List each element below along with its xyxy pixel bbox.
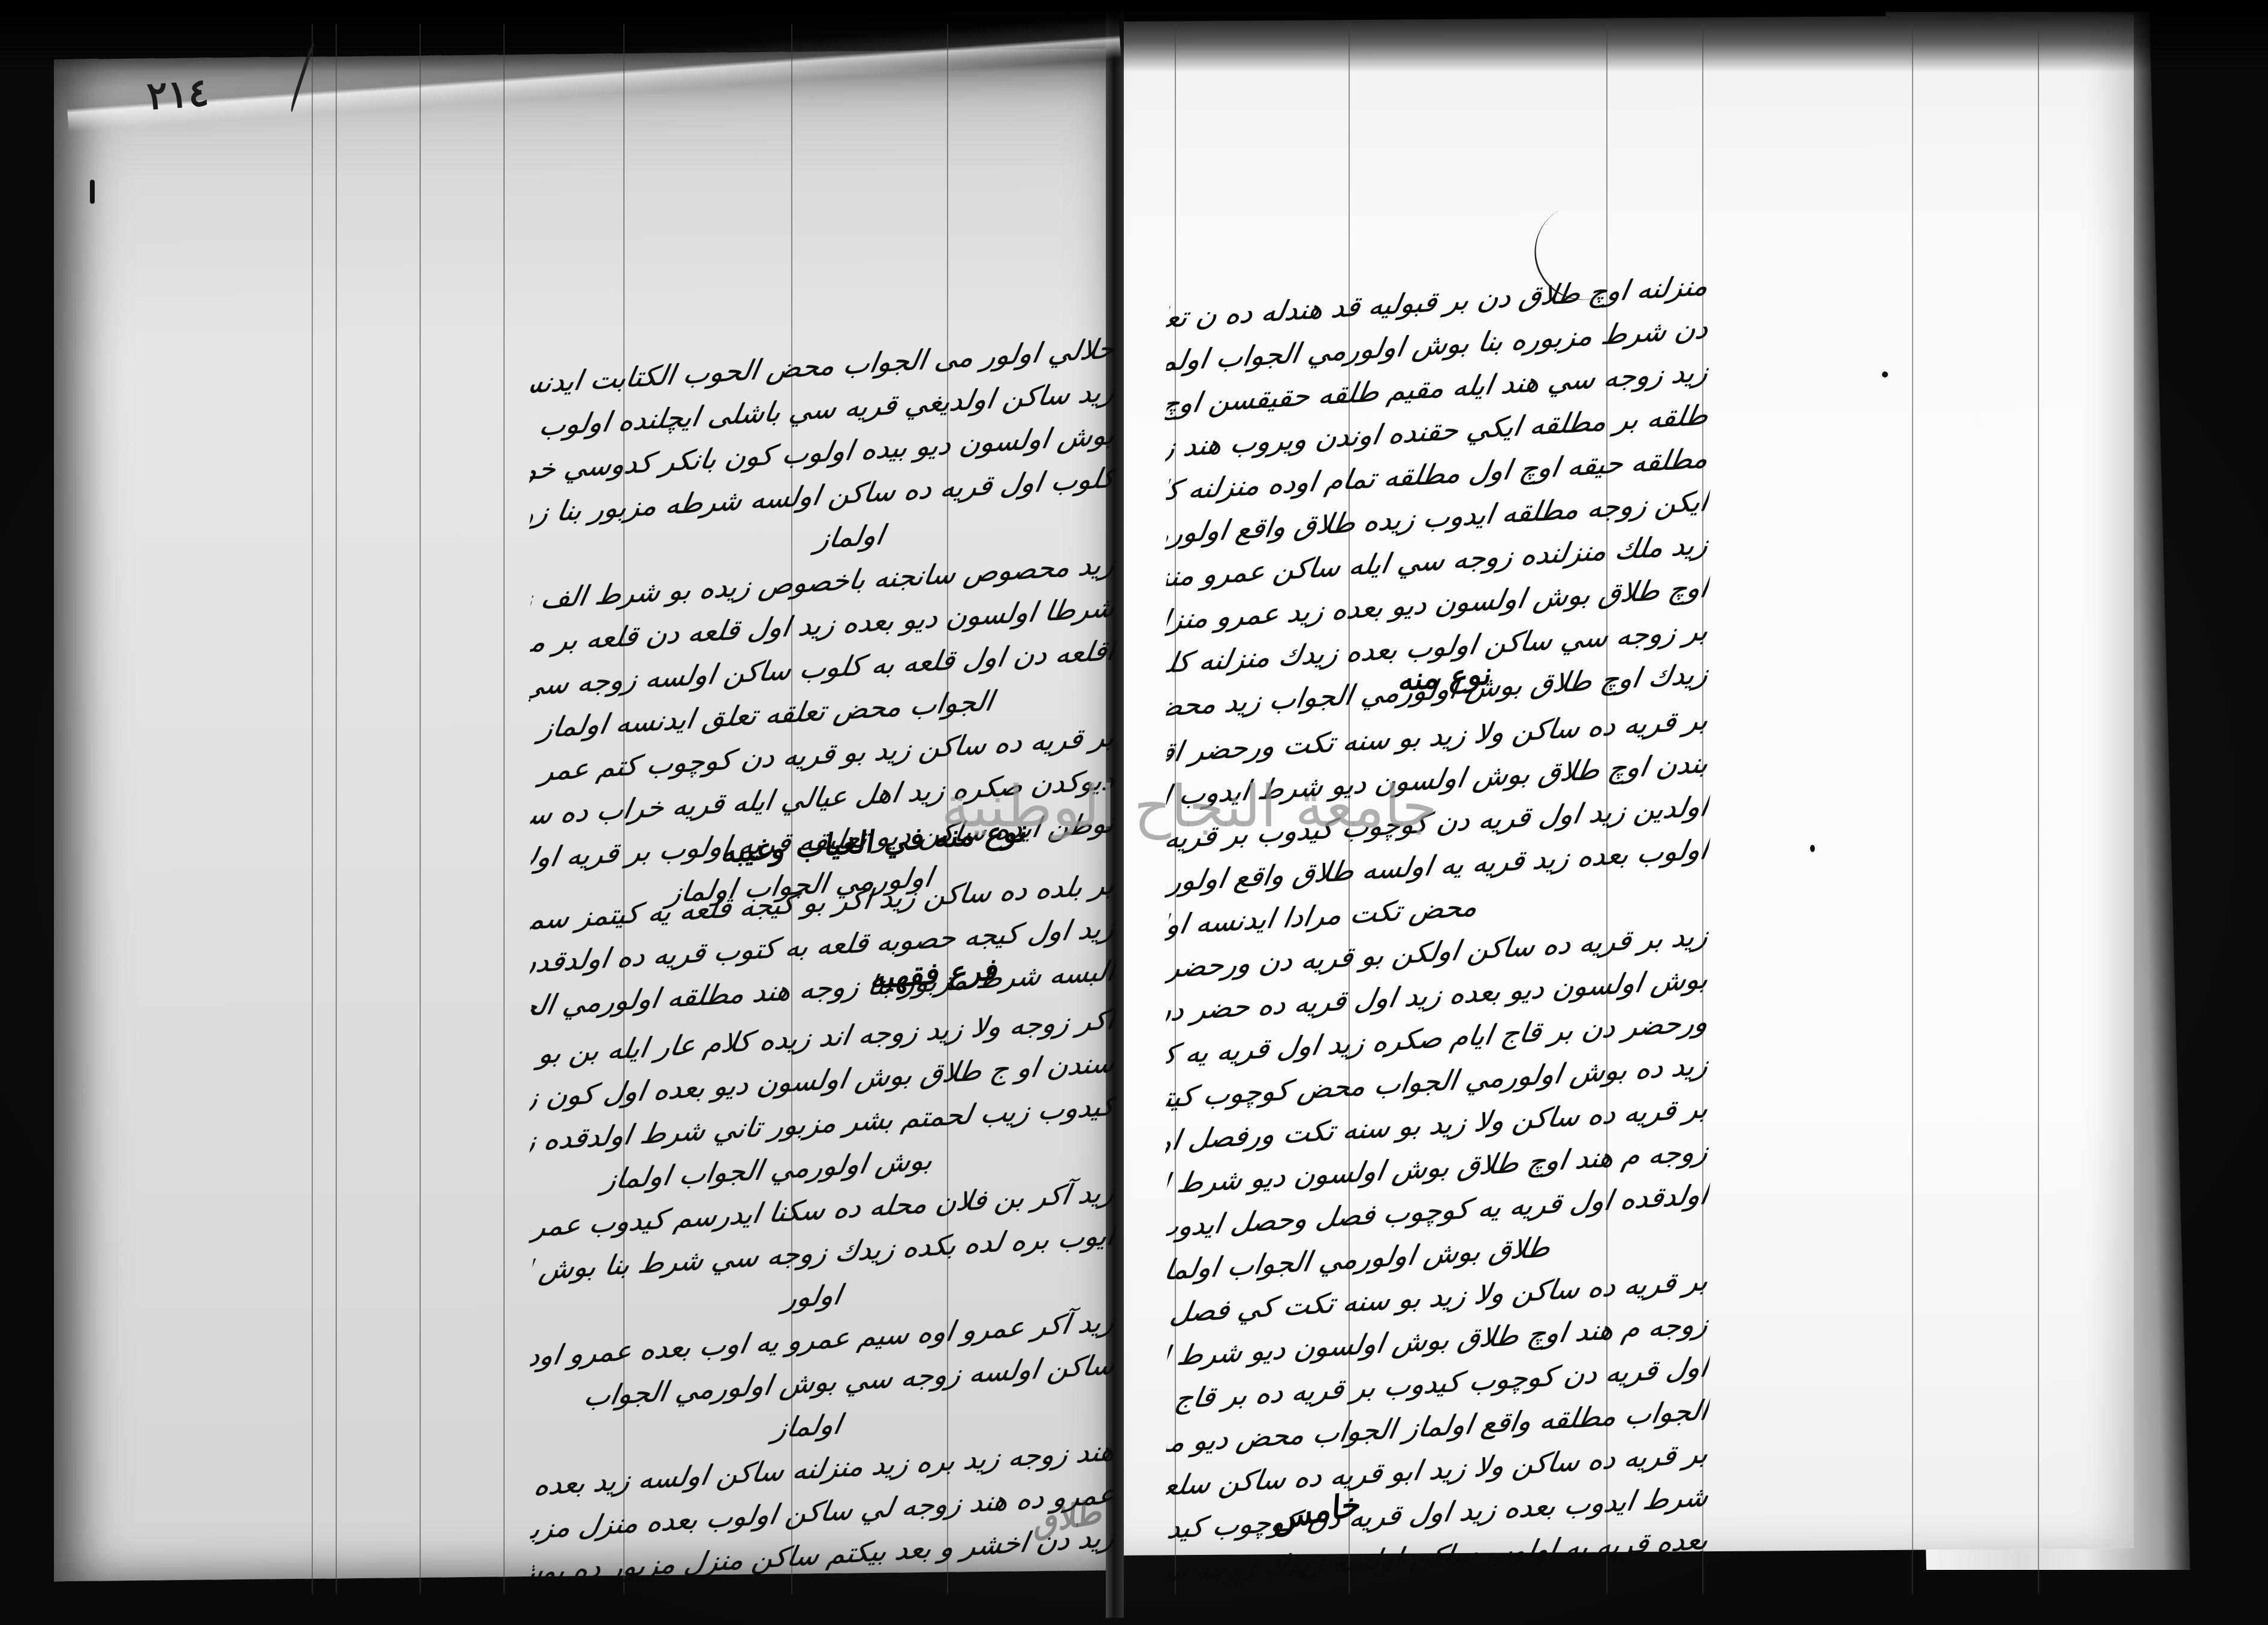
scan-rule-line <box>336 24 337 1594</box>
scan-rule-line <box>503 24 505 1594</box>
right-page-text-block-1: منزلنه اوچ طلاق دن بر قبوليه قد هندله ده… <box>1175 264 1708 695</box>
scan-rule-line <box>1912 24 1913 1594</box>
scan-speck <box>1882 371 1888 377</box>
watermark: جامعة النجاح الوطنية <box>941 773 1437 840</box>
scan-speck <box>90 180 95 204</box>
right-section-heading: نوع منه <box>1395 656 1491 698</box>
page-number: ٢١٤ <box>146 70 210 119</box>
scan-rule-line <box>2038 24 2039 1594</box>
left-page-text-block-2: بر بلده ده ساكن زيد اكر بو كيجه قلعه يه … <box>539 863 1115 992</box>
left-page-text-block-3: اكر زوجه ولا زيد زوجه اند زيده كلام عار … <box>539 998 1115 1558</box>
scan-speck <box>1810 845 1815 852</box>
top-shadow <box>0 0 2268 72</box>
scan-rule-line <box>420 24 421 1594</box>
scan-rule-line <box>312 24 313 1594</box>
